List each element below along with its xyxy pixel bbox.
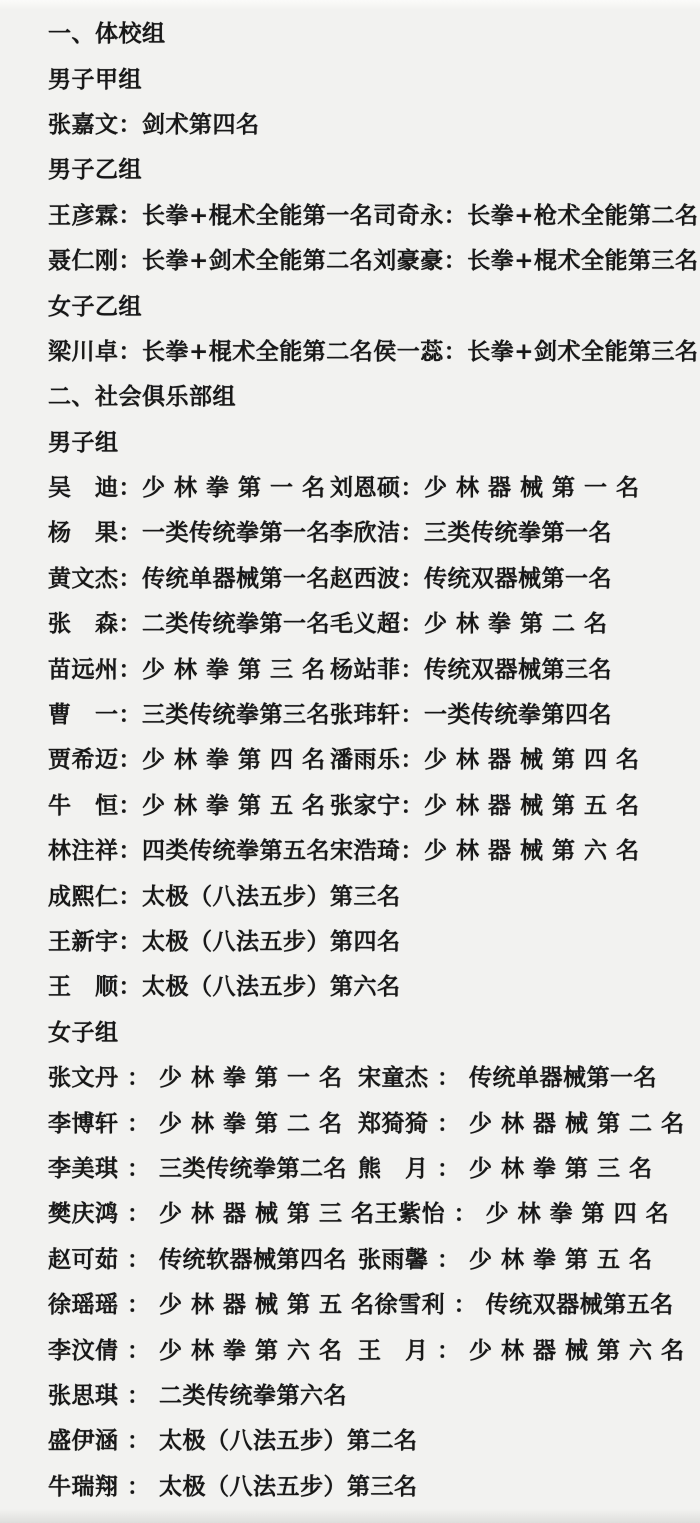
result-entry: 梁川卓：长拳+棍术全能第二名: [48, 333, 373, 366]
section-heading: 男子甲组: [48, 54, 686, 99]
result-entry: 潘雨乐：少 林 器 械 第 四 名: [330, 741, 640, 774]
result-entry: 侯一蕊：长拳+剑术全能第三名: [373, 333, 698, 366]
result-entry: 杨站菲：传统双器械第三名: [330, 651, 612, 684]
result-row: 樊庆鸿 ： 少 林 器 械 第 三 名王紫怡 ： 少 林 拳 第 四 名: [48, 1189, 686, 1234]
result-entry: 李欣洁：三类传统拳第一名: [330, 514, 612, 547]
result-entry: 曹 一：三类传统拳第三名: [48, 696, 330, 729]
result-row: 李美琪 ： 三类传统拳第二名熊 月 ： 少 林 拳 第 三 名: [48, 1144, 686, 1189]
result-entry: 聂仁刚：长拳+剑术全能第二名: [48, 242, 373, 275]
result-entry: 牛瑞翔 ： 太极（八法五步）第三名: [48, 1468, 418, 1501]
result-row: 曹 一：三类传统拳第三名张玮轩：一类传统拳第四名: [48, 690, 686, 735]
result-entry: 王新宇：太极（八法五步）第四名: [48, 923, 401, 956]
result-row: 贾希迈：少 林 拳 第 四 名潘雨乐：少 林 器 械 第 四 名: [48, 735, 686, 780]
result-entry: 李美琪 ： 三类传统拳第二名: [48, 1150, 358, 1183]
result-entry: 张玮轩：一类传统拳第四名: [330, 696, 612, 729]
result-row: 赵可茹 ： 传统软器械第四名张雨馨 ： 少 林 拳 第 五 名: [48, 1235, 686, 1280]
result-row: 黄文杰：传统单器械第一名赵西波：传统双器械第一名: [48, 554, 686, 599]
result-entry: 赵西波：传统双器械第一名: [330, 560, 612, 593]
heading-text: 男子甲组: [48, 61, 142, 94]
result-row: 李汶倩 ： 少 林 拳 第 六 名王 月 ： 少 林 器 械 第 六 名: [48, 1325, 686, 1370]
result-entry: 赵可茹 ： 传统软器械第四名: [48, 1241, 358, 1274]
heading-text: 男子组: [48, 424, 119, 457]
result-entry: 黄文杰：传统单器械第一名: [48, 560, 330, 593]
result-entry: 王 月 ： 少 林 器 械 第 六 名: [358, 1332, 685, 1365]
document-page: 一、体校组男子甲组张嘉文：剑术第四名男子乙组王彦霖：长拳+棍术全能第一名司奇永：…: [0, 0, 700, 1523]
result-entry: 成熙仁：太极（八法五步）第三名: [48, 878, 401, 911]
result-row: 苗远州：少 林 拳 第 三 名杨站菲：传统双器械第三名: [48, 644, 686, 689]
result-entry: 徐雪利 ： 传统双器械第五名: [375, 1286, 674, 1319]
section-heading: 男子组: [48, 418, 686, 463]
result-entry: 贾希迈：少 林 拳 第 四 名: [48, 741, 330, 774]
result-row: 王 顺：太极（八法五步）第六名: [48, 962, 686, 1007]
result-row: 张思琪 ： 二类传统拳第六名: [48, 1371, 686, 1416]
result-entry: 牛 恒：少 林 拳 第 五 名: [48, 787, 330, 820]
result-row: 盛伊涵 ： 太极（八法五步）第二名: [48, 1416, 686, 1461]
result-entry: 林注祥：四类传统拳第五名: [48, 832, 330, 865]
result-row: 徐瑶瑶 ： 少 林 器 械 第 五 名徐雪利 ： 传统双器械第五名: [48, 1280, 686, 1325]
result-entry: 王彦霖：长拳+棍术全能第一名: [48, 197, 373, 230]
result-entry: 张 森：二类传统拳第一名: [48, 605, 330, 638]
section-heading: 男子乙组: [48, 145, 686, 190]
result-row: 牛瑞翔 ： 太极（八法五步）第三名: [48, 1462, 686, 1507]
result-row: 梁川卓：长拳+棍术全能第二名侯一蕊：长拳+剑术全能第三名: [48, 327, 686, 372]
result-entry: 刘恩硕：少 林 器 械 第 一 名: [330, 469, 640, 502]
result-entry: 张雨馨 ： 少 林 拳 第 五 名: [358, 1241, 653, 1274]
result-entry: 张嘉文：剑术第四名: [48, 106, 260, 139]
result-entry: 李汶倩 ： 少 林 拳 第 六 名: [48, 1332, 358, 1365]
heading-text: 女子乙组: [48, 288, 142, 321]
result-entry: 李博轩 ： 少 林 拳 第 二 名: [48, 1105, 358, 1138]
result-row: 王彦霖：长拳+棍术全能第一名司奇永：长拳+枪术全能第二名: [48, 191, 686, 236]
result-entry: 王紫怡 ： 少 林 拳 第 四 名: [375, 1195, 670, 1228]
heading-text: 男子乙组: [48, 151, 142, 184]
result-row: 张 森：二类传统拳第一名毛义超：少 林 拳 第 二 名: [48, 599, 686, 644]
heading-text: 一、体校组: [48, 15, 166, 48]
result-entry: 毛义超：少 林 拳 第 二 名: [330, 605, 608, 638]
result-entry: 宋童杰 ： 传统单器械第一名: [358, 1059, 657, 1092]
result-entry: 张文丹 ： 少 林 拳 第 一 名: [48, 1059, 358, 1092]
heading-text: 女子组: [48, 1014, 119, 1047]
result-row: 聂仁刚：长拳+剑术全能第二名刘豪豪：长拳+棍术全能第三名: [48, 236, 686, 281]
result-entry: 司奇永：长拳+枪术全能第二名: [373, 197, 698, 230]
result-entry: 盛伊涵 ： 太极（八法五步）第二名: [48, 1422, 418, 1455]
heading-text: 二、社会俱乐部组: [48, 378, 236, 411]
result-entry: 吴 迪：少 林 拳 第 一 名: [48, 469, 330, 502]
result-entry: 樊庆鸿 ： 少 林 器 械 第 三 名: [48, 1195, 375, 1228]
section-heading: 女子组: [48, 1008, 686, 1053]
section-heading: 一、体校组: [48, 9, 686, 54]
document-body: 一、体校组男子甲组张嘉文：剑术第四名男子乙组王彦霖：长拳+棍术全能第一名司奇永：…: [48, 9, 686, 1507]
result-entry: 熊 月 ： 少 林 拳 第 三 名: [358, 1150, 653, 1183]
result-entry: 杨 果：一类传统拳第一名: [48, 514, 330, 547]
result-row: 吴 迪：少 林 拳 第 一 名刘恩硕：少 林 器 械 第 一 名: [48, 463, 686, 508]
result-entry: 郑猗猗 ： 少 林 器 械 第 二 名: [358, 1105, 685, 1138]
result-entry: 宋浩琦：少 林 器 械 第 六 名: [330, 832, 640, 865]
result-row: 成熙仁：太极（八法五步）第三名: [48, 871, 686, 916]
result-entry: 徐瑶瑶 ： 少 林 器 械 第 五 名: [48, 1286, 375, 1319]
result-entry: 王 顺：太极（八法五步）第六名: [48, 968, 401, 1001]
result-row: 杨 果：一类传统拳第一名李欣洁：三类传统拳第一名: [48, 508, 686, 553]
result-entry: 刘豪豪：长拳+棍术全能第三名: [373, 242, 698, 275]
result-entry: 张家宁：少 林 器 械 第 五 名: [330, 787, 640, 820]
result-entry: 张思琪 ： 二类传统拳第六名: [48, 1377, 347, 1410]
result-entry: 苗远州：少 林 拳 第 三 名: [48, 651, 330, 684]
result-row: 牛 恒：少 林 拳 第 五 名张家宁：少 林 器 械 第 五 名: [48, 781, 686, 826]
result-row: 张嘉文：剑术第四名: [48, 100, 686, 145]
result-row: 张文丹 ： 少 林 拳 第 一 名宋童杰 ： 传统单器械第一名: [48, 1053, 686, 1098]
section-heading: 女子乙组: [48, 281, 686, 326]
section-heading: 二、社会俱乐部组: [48, 372, 686, 417]
result-row: 林注祥：四类传统拳第五名宋浩琦：少 林 器 械 第 六 名: [48, 826, 686, 871]
result-row: 王新宇：太极（八法五步）第四名: [48, 917, 686, 962]
result-row: 李博轩 ： 少 林 拳 第 二 名郑猗猗 ： 少 林 器 械 第 二 名: [48, 1098, 686, 1143]
